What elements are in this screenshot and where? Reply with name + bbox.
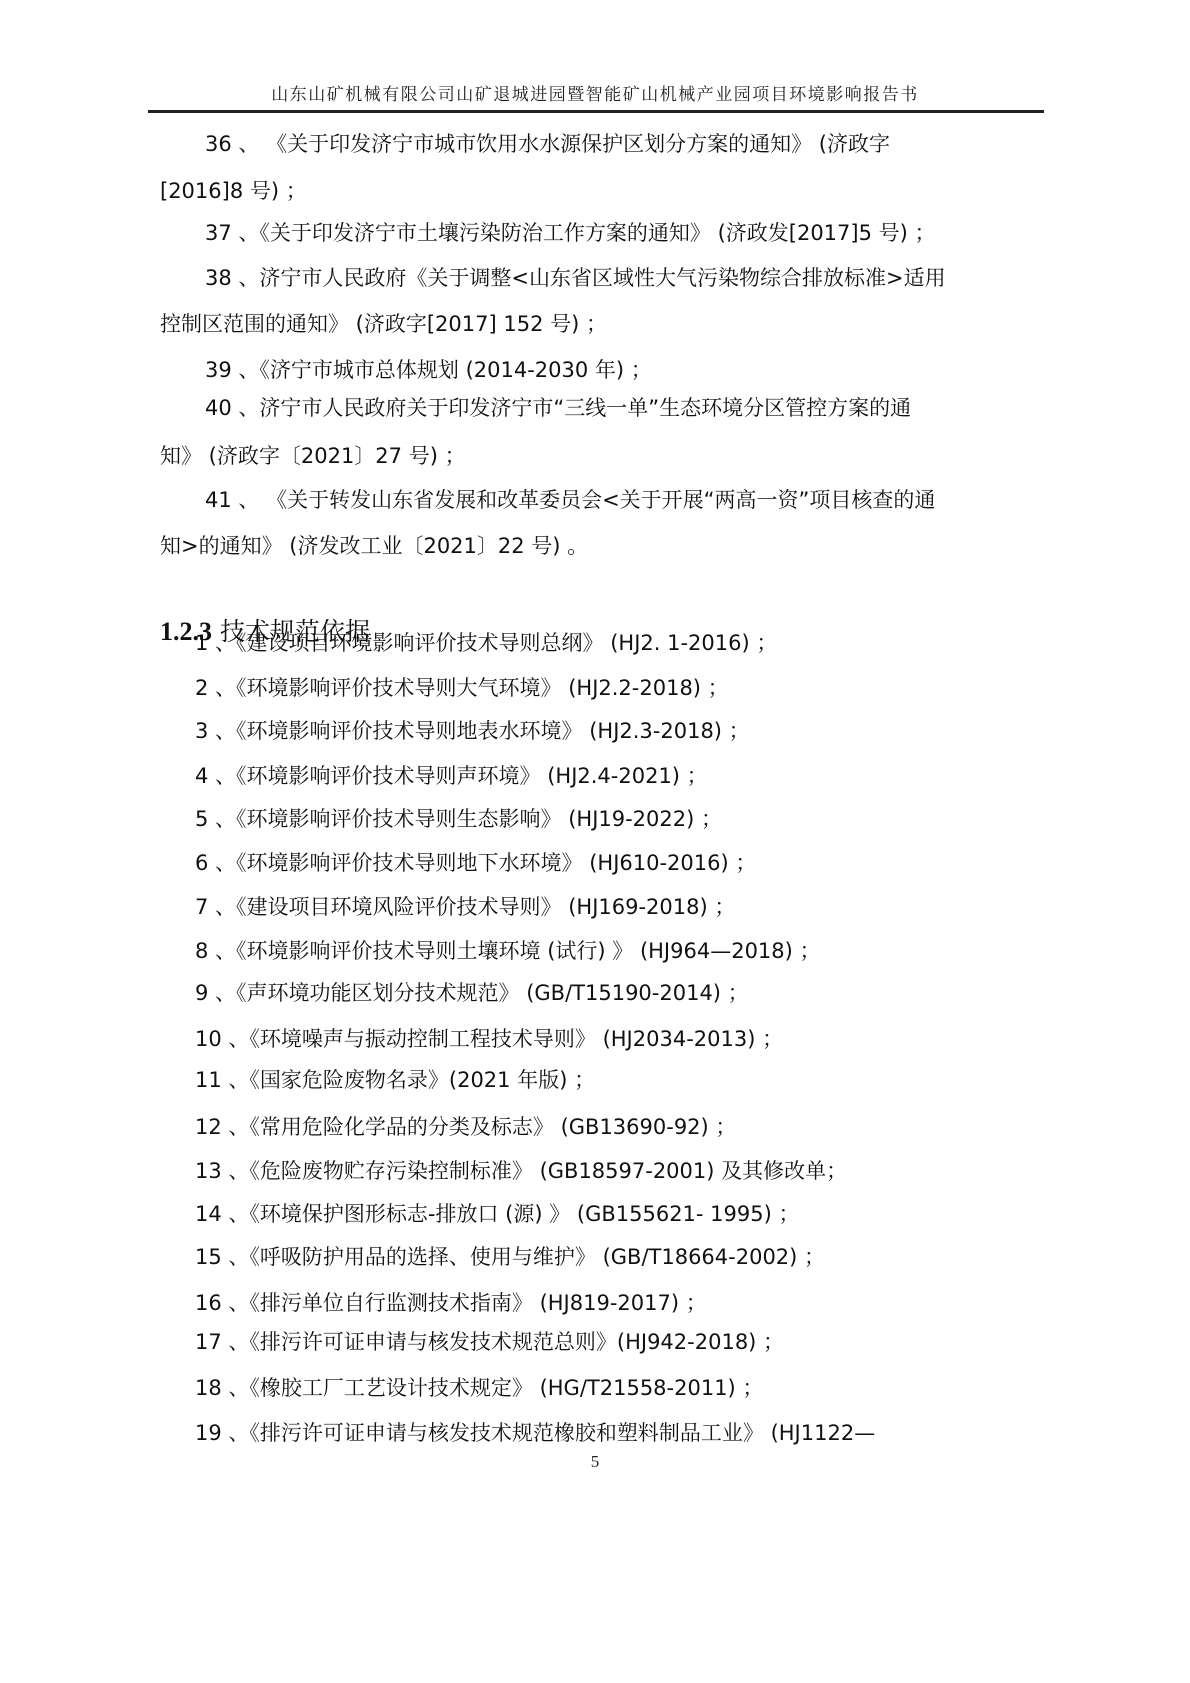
document-header-title: 山东山矿机械有限公司山矿退城进园暨智能矿山机械产业园项目环境影响报告书 <box>0 80 1190 105</box>
standard-item-11: 11 、《国家危险废物名录》(2021 年版) ； <box>195 1064 595 1094</box>
list-item-36-line-1: 36 、 《关于印发济宁市城市饮用水水源保护区划分方案的通知》 (济政字 <box>205 128 890 158</box>
standard-item-7: 7 、《建设项目环境风险评价技术导则》 (HJ169-2018) ； <box>195 891 735 921</box>
standard-item-6: 6 、《环境影响评价技术导则地下水环境》 (HJ610-2016) ； <box>195 847 756 877</box>
standard-item-18: 18 、《橡胶工厂工艺设计技术规定》 (HG/T21558-2011) ； <box>195 1372 763 1402</box>
list-item-36-line-2: [2016]8 号) ； <box>160 175 307 205</box>
list-item-37: 37 、《关于印发济宁市土壤污染防治工作方案的通知》 (济政发[2017]5 号… <box>205 217 936 247</box>
list-item-40-line-1: 40 、济宁市人民政府关于印发济宁市“三线一单”生态环境分区管控方案的通 <box>205 392 911 422</box>
standard-item-2: 2 、《环境影响评价技术导则大气环境》 (HJ2.2-2018) ； <box>195 672 729 702</box>
standard-item-12: 12 、《常用危险化学品的分类及标志》 (GB13690-92) ； <box>195 1111 736 1141</box>
list-item-41-line-1: 41 、 《关于转发山东省发展和改革委员会<关于开展“两高一资”项目核查的通 <box>205 484 935 514</box>
list-item-38-line-1: 38 、济宁市人民政府《关于调整<山东省区域性大气污染物综合排放标准>适用 <box>205 262 946 292</box>
list-item-39: 39 、《济宁市城市总体规划 (2014-2030 年) ； <box>205 354 652 384</box>
standard-item-15: 15 、《呼吸防护用品的选择、使用与维护》 (GB/T18664-2002) ； <box>195 1241 825 1271</box>
standard-item-4: 4 、《环境影响评价技术导则声环境》 (HJ2.4-2021) ； <box>195 760 708 790</box>
standard-item-1: 1 、《建设项目环境影响评价技术导则总纲》 (HJ2. 1-2016) ； <box>195 627 777 657</box>
standard-item-10: 10 、《环境噪声与振动控制工程技术导则》 (HJ2034-2013) ； <box>195 1023 783 1053</box>
standard-item-17: 17 、《排污许可证申请与核发技术规范总则》(HJ942-2018) ； <box>195 1326 784 1356</box>
list-item-40-line-2: 知》 (济政字〔2021〕27 号) ； <box>160 440 466 470</box>
list-item-38-line-2: 控制区范围的通知》 (济政字[2017] 152 号) ； <box>160 308 607 338</box>
standard-item-5: 5 、《环境影响评价技术导则生态影响》 (HJ19-2022) ； <box>195 803 722 833</box>
standard-item-16: 16 、《排污单位自行监测技术指南》 (HJ819-2017) ； <box>195 1287 707 1317</box>
standard-item-8: 8 、《环境影响评价技术导则土壤环境 (试行) 》 (HJ964—2018) ； <box>195 935 821 965</box>
header-divider <box>148 110 1044 113</box>
page-number: 5 <box>0 1452 1190 1472</box>
standard-item-13: 13 、《危险废物贮存污染控制标准》 (GB18597-2001) 及其修改单； <box>195 1155 847 1185</box>
standard-item-3: 3 、《环境影响评价技术导则地表水环境》 (HJ2.3-2018) ； <box>195 715 750 745</box>
list-item-41-line-2: 知>的通知》 (济发改工业〔2021〕22 号) 。 <box>160 530 588 560</box>
standard-item-9: 9 、《声环境功能区划分技术规范》 (GB/T15190-2014) ； <box>195 977 749 1007</box>
standard-item-19: 19 、《排污许可证申请与核发技术规范橡胶和塑料制品工业》 (HJ1122— <box>195 1417 875 1447</box>
standard-item-14: 14 、《环境保护图形标志-排放口 (源) 》 (GB155621- 1995)… <box>195 1198 800 1228</box>
